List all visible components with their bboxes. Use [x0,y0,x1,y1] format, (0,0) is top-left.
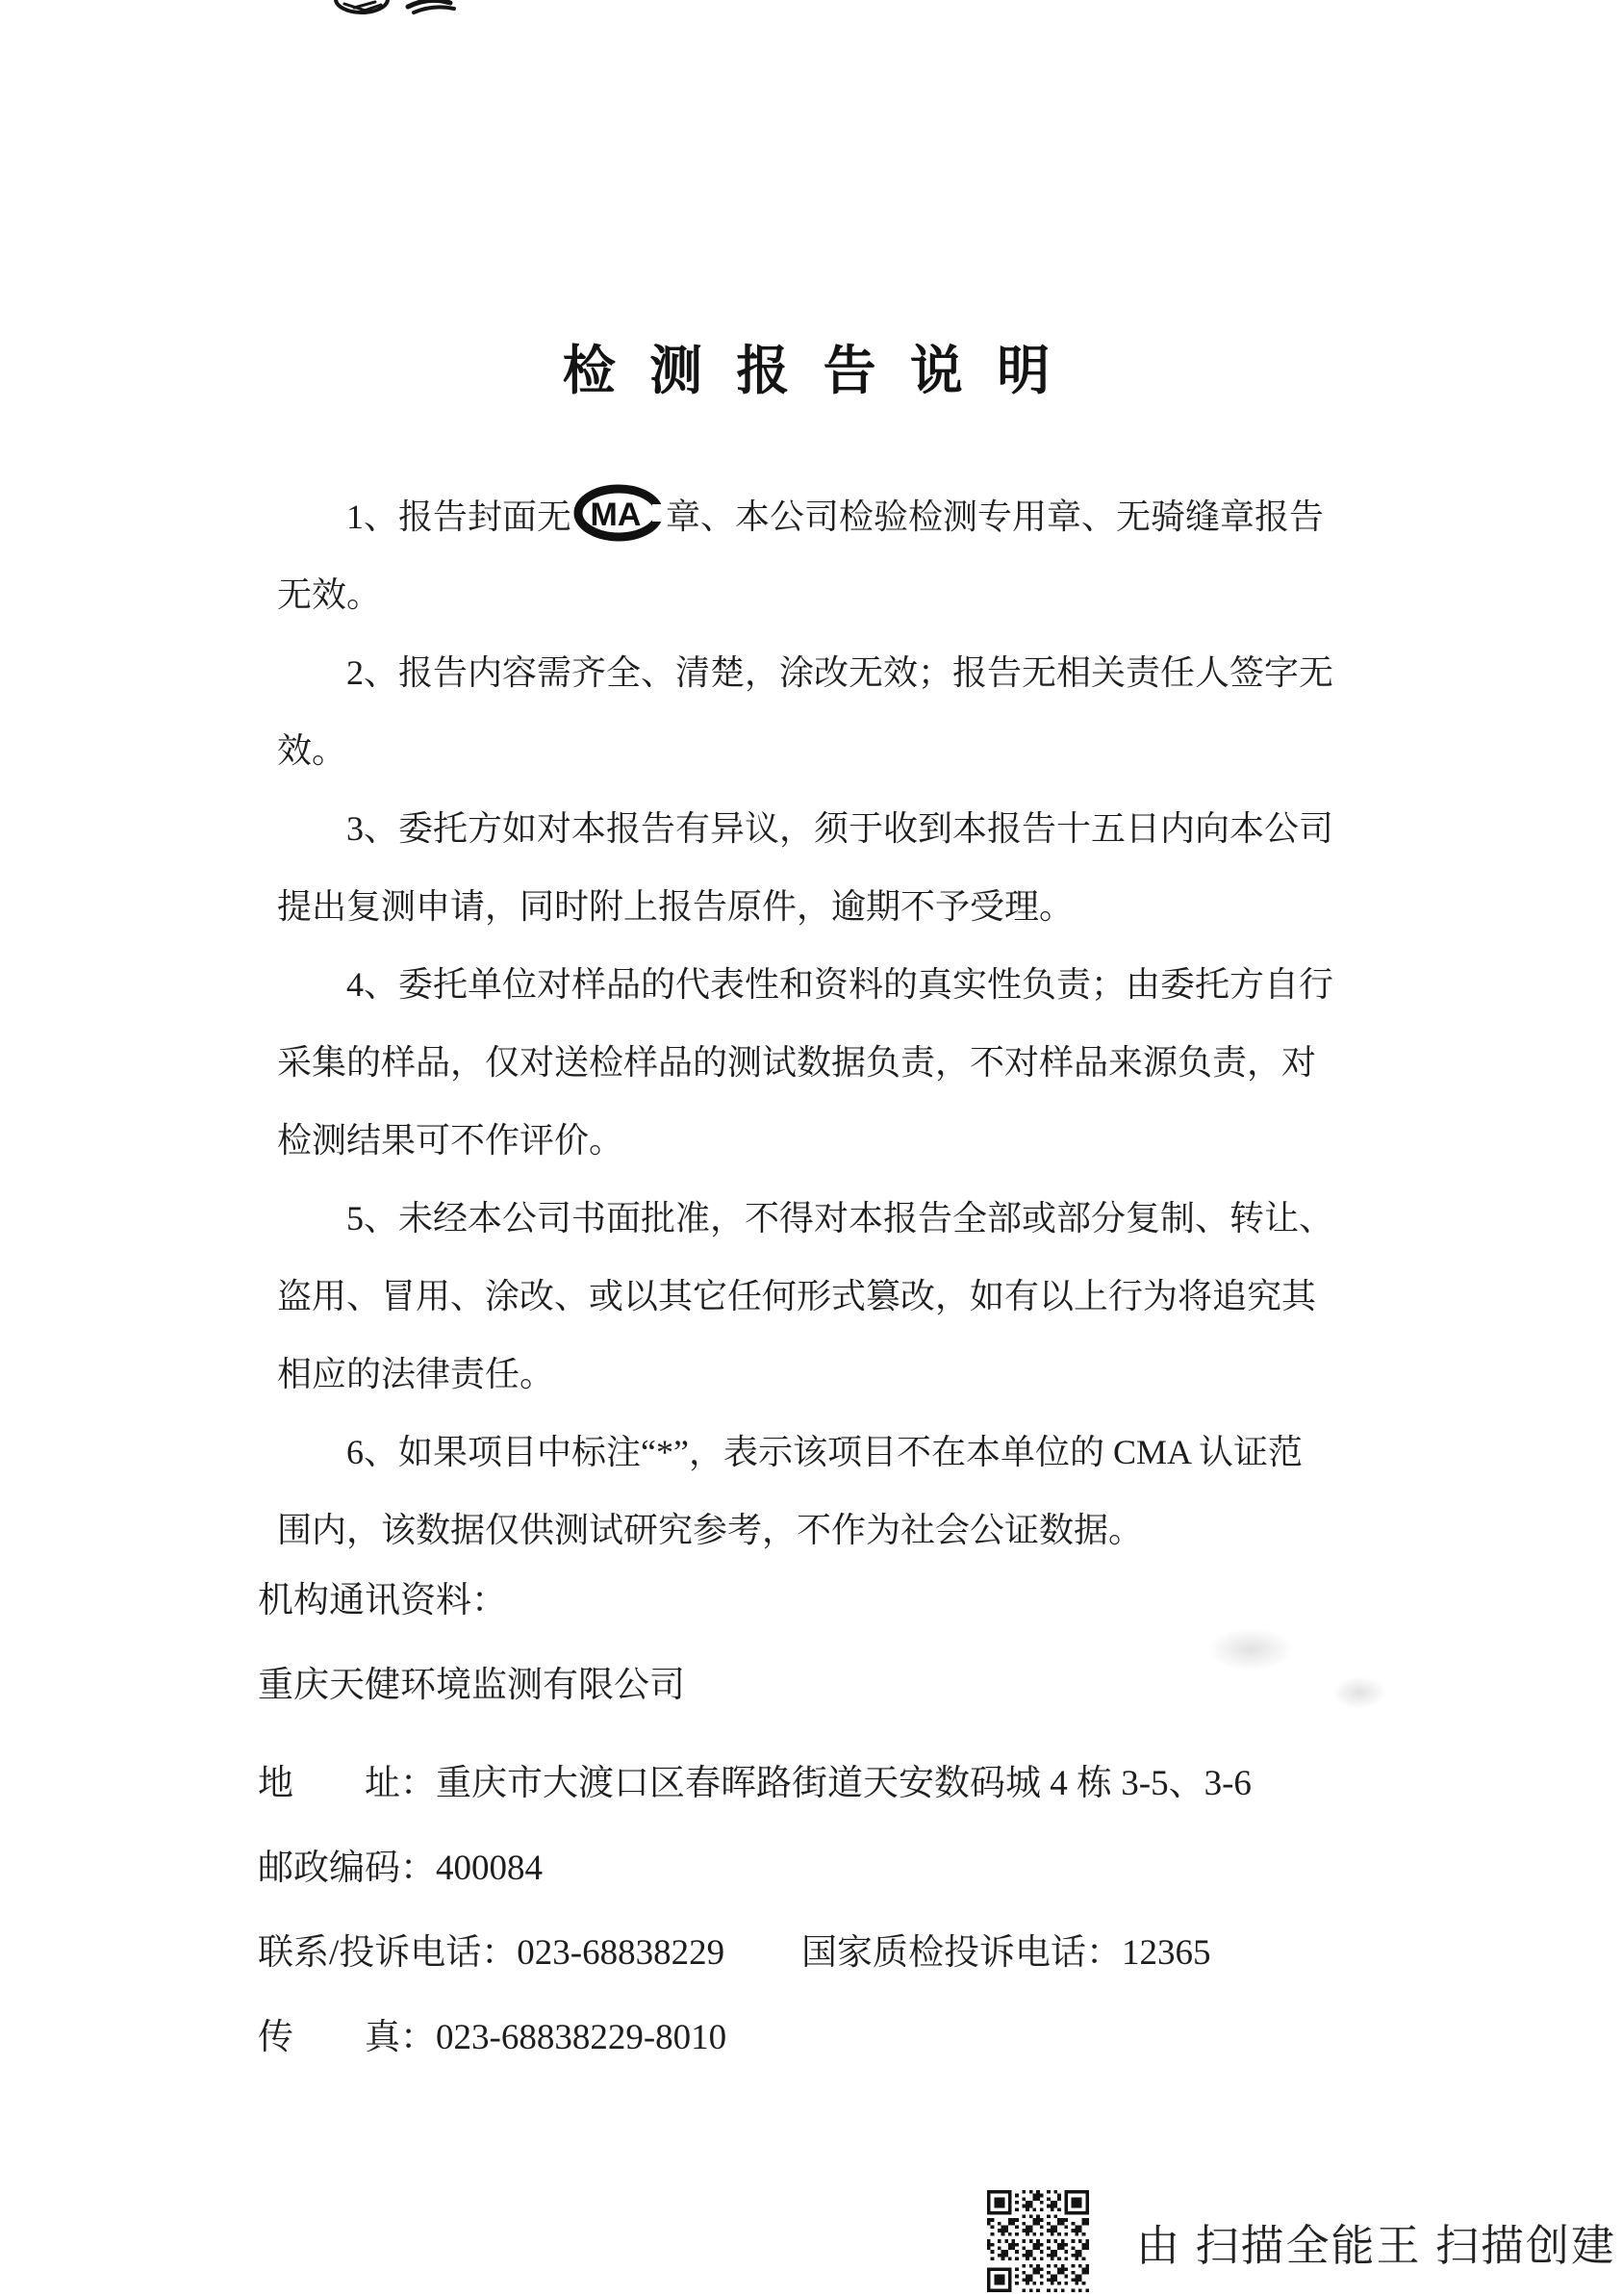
contact-row: 传 真：023-68838229-8010 [258,2003,1566,2088]
note-line: 5、未经本公司书面批准，不得对本报告全部或部分复制、转让、 [277,1180,1364,1258]
contact-second-column: 国家质检投诉电话：12365 [801,1919,1211,1988]
note-line: 围内，该数据仅供测试研究参考，不作为社会公证数据。 [277,1492,1364,1569]
contact-block: 机构通讯资料： 重庆天健环境监测有限公司 地 址：重庆市大渡口区春晖路街道天安数… [258,1567,1566,2088]
contact-row: 联系/投诉电话：023-68838229 国家质检投诉电话：12365 [258,1919,1566,2003]
note-line: 无效。 [277,556,1364,634]
note-line: 提出复测申请，同时附上报告原件，逾期不予受理。 [277,868,1364,946]
note-line: 采集的样品，仅对送检样品的测试数据负责，不对样品来源负责，对 [277,1024,1364,1102]
notes-block: 1、报告封面无MA章、本公司检验检测专用章、无骑缝章报告 无效。 2、报告内容需… [277,478,1364,1569]
contact-row: 邮政编码：400084 [258,1834,1566,1919]
partial-stamp-mark [333,0,460,21]
note1-prefix: 1、报告封面无 [346,497,571,536]
qr-code [986,2190,1090,2292]
note-line-1: 1、报告封面无MA章、本公司检验检测专用章、无骑缝章报告 [277,478,1364,556]
scanner-note: 由 扫描全能王 扫描创建 [1136,2210,1616,2273]
contact-text: 地 址：重庆市大渡口区春晖路街道天安数码城 4 栋 3-5、3-6 [258,1764,1252,1803]
note1-suffix: 章、本公司检验检测专用章、无骑缝章报告 [666,497,1324,536]
note-line: 2、报告内容需齐全、清楚，涂改无效；报告无相关责任人签字无 [277,634,1364,712]
note-line: 检测结果可不作评价。 [277,1102,1364,1180]
note-line: 3、委托方如对本报告有异议，须于收到本报告十五日内向本公司 [277,790,1364,868]
contact-text: 重庆天健环境监测有限公司 [258,1666,685,1705]
note-line: 相应的法律责任。 [277,1336,1364,1414]
contact-row: 机构通讯资料： [258,1567,1566,1651]
contact-row: 地 址：重庆市大渡口区春晖路街道天安数码城 4 栋 3-5、3-6 [258,1749,1566,1834]
scan-smudge [1332,1676,1386,1709]
note-line: 4、委托单位对样品的代表性和资料的真实性负责；由委托方自行 [277,946,1364,1024]
contact-text: 联系/投诉电话：023-68838229 [258,1933,724,1973]
note-lines: 2、报告内容需齐全、清楚，涂改无效；报告无相关责任人签字无 效。 3、委托方如对… [277,634,1364,1569]
scan-smudge [1207,1628,1294,1671]
note-line: 效。 [277,712,1364,790]
contact-text: 传 真：023-68838229-8010 [258,2018,726,2057]
note-line: 盗用、冒用、涂改、或以其它任何形式篡改，如有以上行为将追究其 [277,1258,1364,1336]
svg-text:MA: MA [591,497,642,533]
note-line: 6、如果项目中标注“*”，表示该项目不在本单位的 CMA 认证范 [277,1414,1364,1492]
cma-seal-icon: MA [573,484,664,542]
contact-text: 邮政编码：400084 [258,1849,543,1888]
page-title: 检 测 报 告 说 明 [0,328,1622,404]
scanner-footer: 由 扫描全能王 扫描创建 [986,2190,1616,2292]
contact-text: 机构通讯资料： [258,1581,507,1620]
